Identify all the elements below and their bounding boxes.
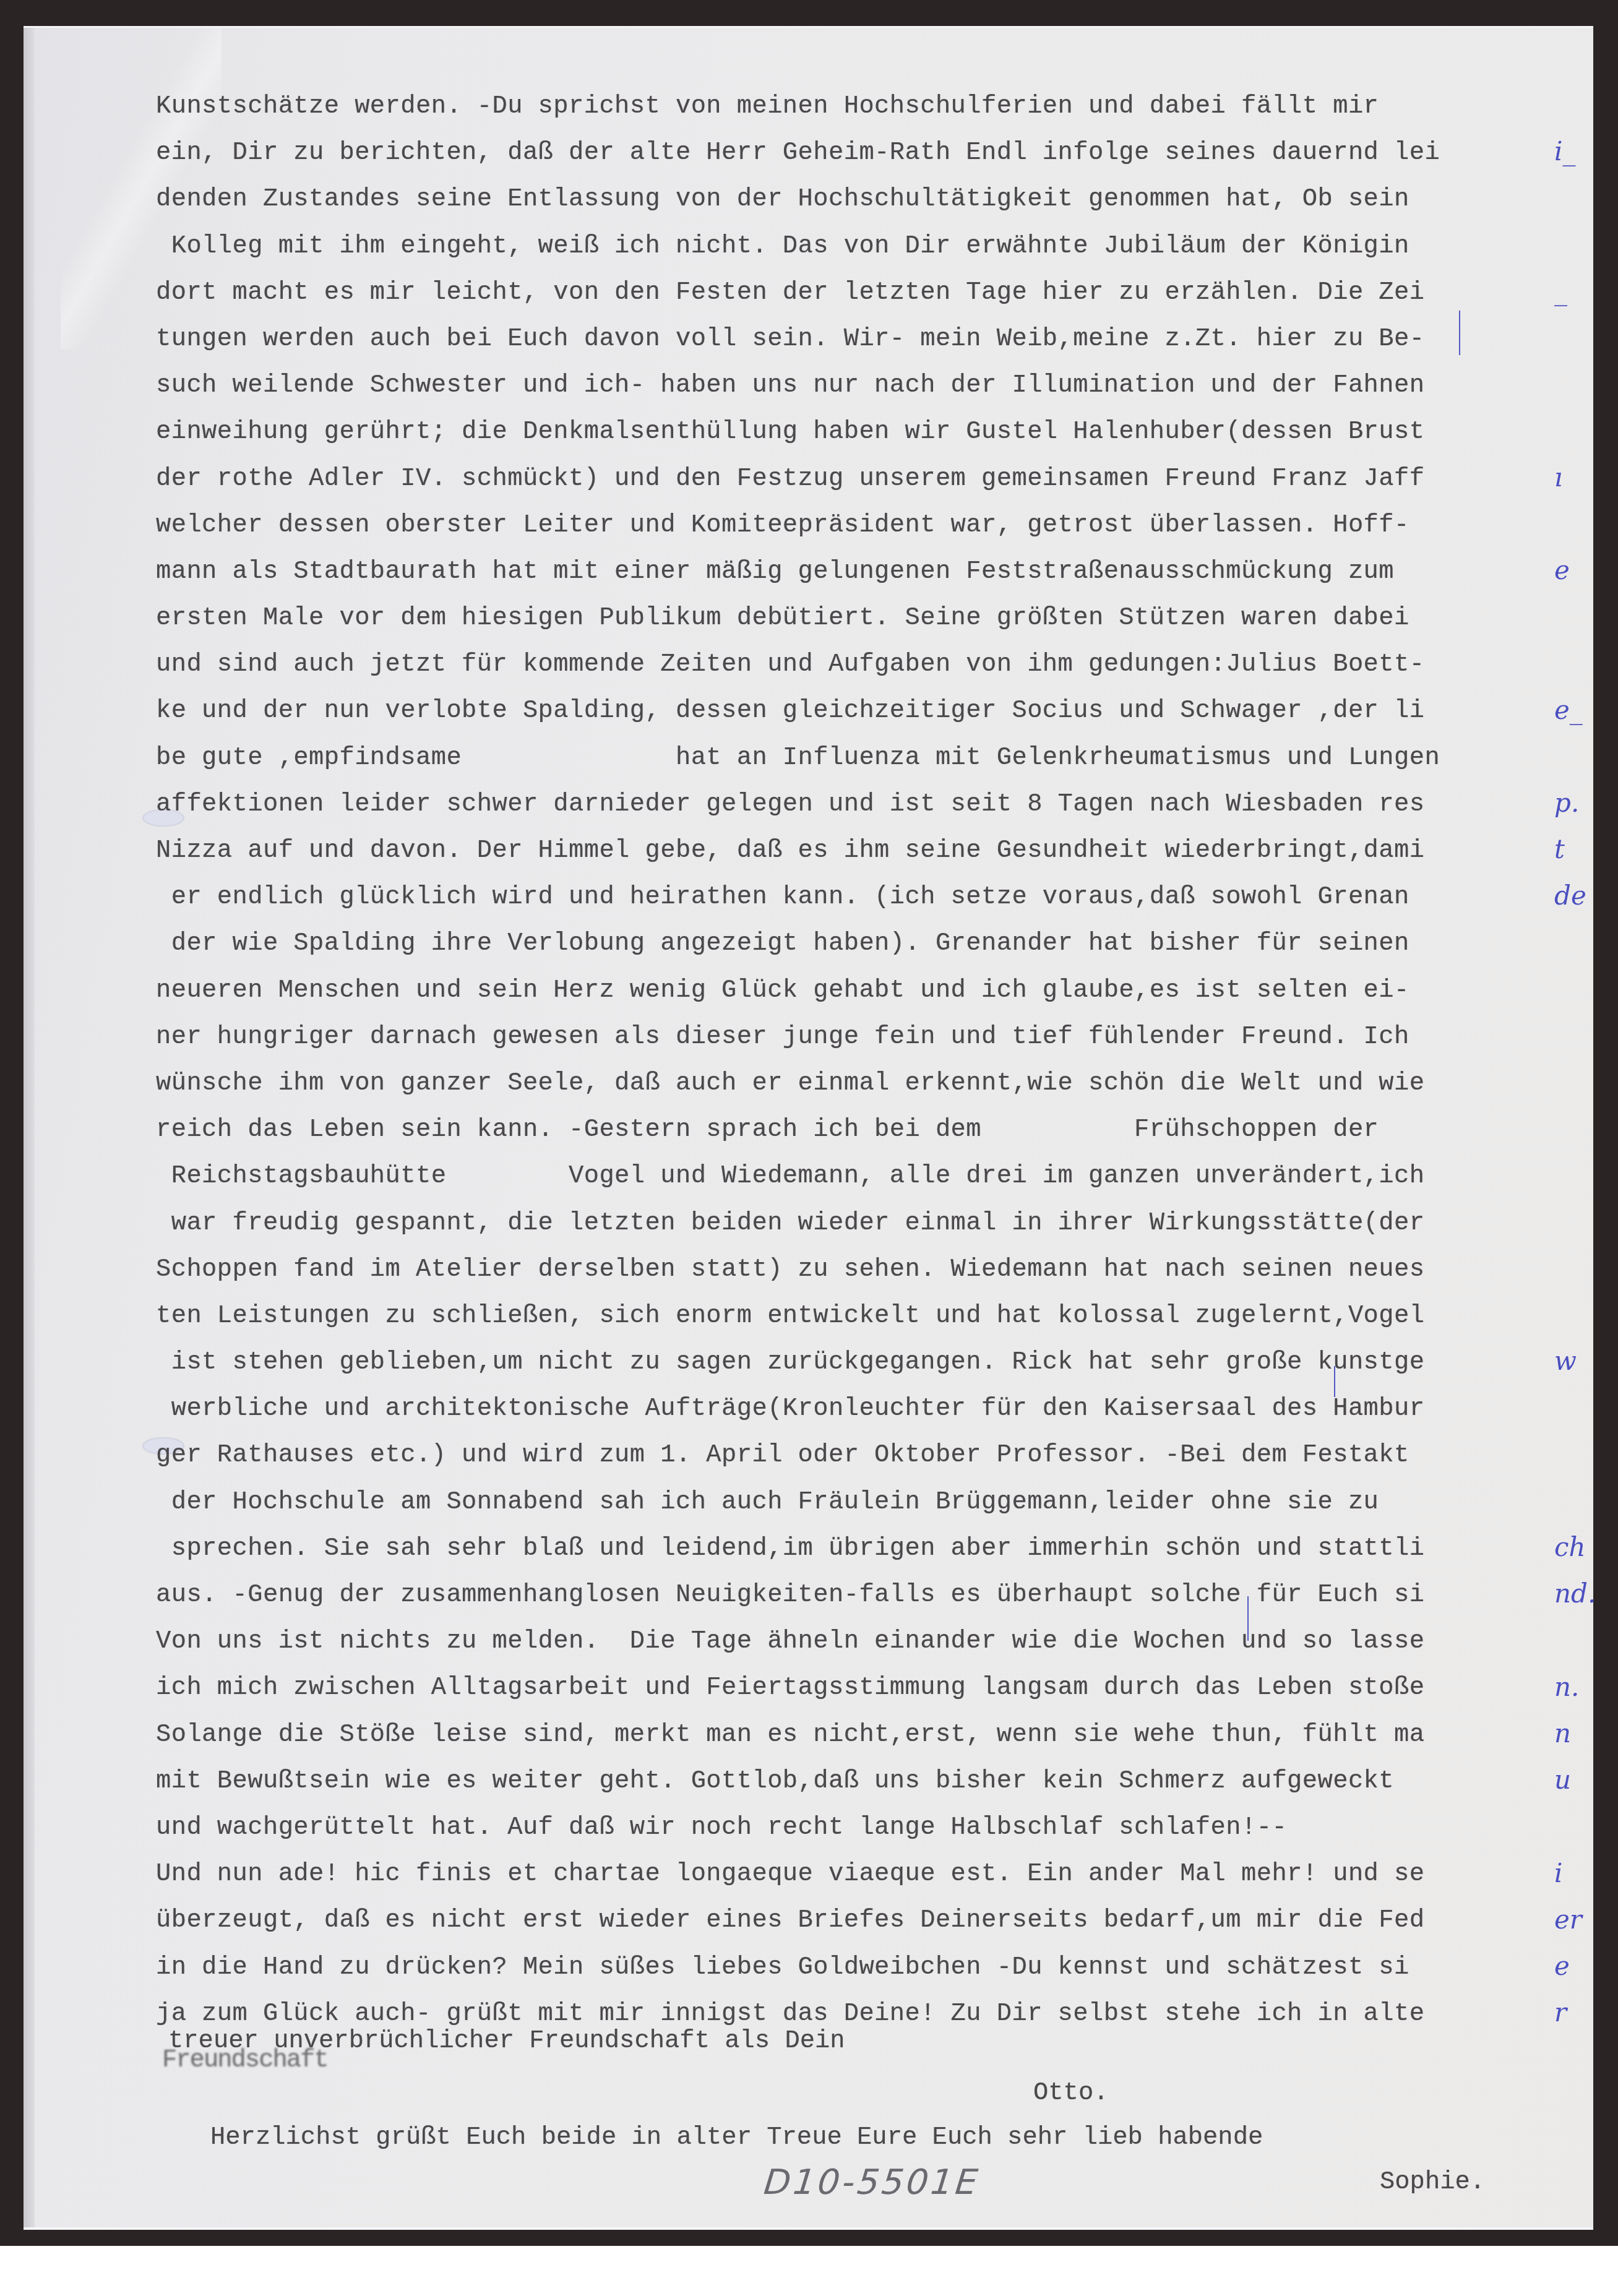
correction-note: t [1554, 834, 1565, 864]
letter-body: Kunstschätze werden. -Du sprichst von me… [156, 84, 1554, 2037]
correction-note: de [1554, 880, 1586, 911]
text-line: sprechen. Sie sah sehr blaß und leidend,… [156, 1526, 1554, 1572]
correction-note: p. [1554, 788, 1579, 818]
text-line: Solange die Stöße leise sind, merkt man … [156, 1712, 1554, 1758]
correction-note: ch [1554, 1532, 1586, 1562]
struck-over-text: Freundschaft [162, 2046, 328, 2075]
correction-note: r [1554, 1997, 1567, 2027]
text-line: ist stehen geblieben,um nicht zu sagen z… [156, 1339, 1554, 1386]
text-line: Kolleg mit ihm eingeht, weiß ich nicht. … [156, 223, 1554, 270]
correction-note: n [1554, 1718, 1571, 1748]
text-line: ner hungriger darnach gewesen als dieser… [156, 1014, 1554, 1060]
correction-note: e [1554, 1951, 1570, 1981]
correction-note: n. [1554, 1672, 1579, 1702]
correction-note: ı [1554, 462, 1562, 492]
text-line: war freudig gespannt, die letzten beiden… [156, 1200, 1554, 1247]
correction-note: er [1554, 1904, 1582, 1935]
text-line: mit Bewußtsein wie es weiter geht. Gottl… [156, 1758, 1554, 1805]
text-line: und sind auch jetzt für kommende Zeiten … [156, 642, 1554, 688]
text-line: denden Zustandes seine Entlassung von de… [156, 176, 1554, 223]
text-line: der Hochschule am Sonnabend sah ich auch… [156, 1479, 1554, 1526]
signature-otto: Otto. [1033, 2079, 1109, 2107]
text-line: Schoppen fand im Atelier derselben statt… [156, 1247, 1554, 1293]
correction-note: _ [1554, 276, 1567, 306]
text-line: Reichstagsbauhütte Vogel und Wiedemann, … [156, 1153, 1554, 1200]
text-line: Kunstschätze werden. -Du sprichst von me… [156, 84, 1554, 130]
text-line: er endlich glücklich wird und heirathen … [156, 874, 1554, 921]
archive-number: D10-5501E [762, 2162, 982, 2203]
text-line: Und nun ade! hic finis et chartae longae… [156, 1851, 1554, 1898]
text-line: ke und der nun verlobte Spalding, dessen… [156, 688, 1554, 734]
insertion-mark [1247, 1596, 1249, 1641]
text-line: wünsche ihm von ganzer Seele, daß auch e… [156, 1060, 1554, 1107]
text-line: such weilende Schwester und ich- haben u… [156, 363, 1554, 409]
correction-note: nd. [1554, 1578, 1596, 1609]
text-line: ich mich zwischen Alltagsarbeit und Feie… [156, 1665, 1554, 1711]
text-line: der rothe Adler IV. schmückt) und den Fe… [156, 456, 1554, 502]
correction-note: u [1554, 1765, 1571, 1795]
text-line: affektionen leider schwer darnieder gele… [156, 781, 1554, 828]
text-line: welcher dessen oberster Leiter und Komit… [156, 502, 1554, 549]
text-line: neueren Menschen und sein Herz wenig Glü… [156, 968, 1554, 1014]
text-line: dort macht es mir leicht, von den Festen… [156, 270, 1554, 316]
insertion-mark [1459, 311, 1460, 355]
postscript-greeting: Herzlichst grüßt Euch beide in alter Tre… [210, 2123, 1263, 2152]
text-line: der wie Spalding ihre Verlobung angezeig… [156, 921, 1554, 967]
text-line: mann als Stadtbaurath hat mit einer mäßi… [156, 549, 1554, 595]
text-line: Von uns ist nichts zu melden. Die Tage ä… [156, 1619, 1554, 1665]
insertion-mark [1334, 1366, 1335, 1397]
text-line: tungen werden auch bei Euch davon voll s… [156, 316, 1554, 363]
text-line: Nizza auf und davon. Der Himmel gebe, da… [156, 828, 1554, 874]
signature-sophie: Sophie. [1380, 2168, 1485, 2196]
correction-note: w [1554, 1346, 1577, 1376]
text-line: werbliche und architektonische Aufträge(… [156, 1386, 1554, 1432]
text-line: einweihung gerührt; die Denkmalsenthüllu… [156, 409, 1554, 455]
correction-note: i [1554, 1858, 1562, 1888]
page-edge [24, 28, 35, 2227]
text-line: ersten Male vor dem hiesigen Publikum de… [156, 595, 1554, 642]
correction-note: e_ [1554, 695, 1583, 725]
text-line: ten Leistungen zu schließen, sich enorm … [156, 1293, 1554, 1339]
correction-note: i_ [1554, 136, 1575, 166]
text-line: aus. -Genug der zusammenhanglosen Neuigk… [156, 1572, 1554, 1619]
text-line: und wachgerüttelt hat. Auf daß wir noch … [156, 1805, 1554, 1851]
text-line: ger Rathauses etc.) und wird zum 1. Apri… [156, 1432, 1554, 1479]
correction-note: e [1554, 555, 1570, 585]
text-line: reich das Leben sein kann. -Gestern spra… [156, 1107, 1554, 1153]
text-line: in die Hand zu drücken? Mein süßes liebe… [156, 1945, 1554, 1991]
text-line: überzeugt, daß es nicht erst wieder eine… [156, 1898, 1554, 1944]
text-line: ein, Dir zu berichten, daß der alte Herr… [156, 130, 1554, 176]
text-line: be gute ,empfindsame hat an Influenza mi… [156, 735, 1554, 781]
